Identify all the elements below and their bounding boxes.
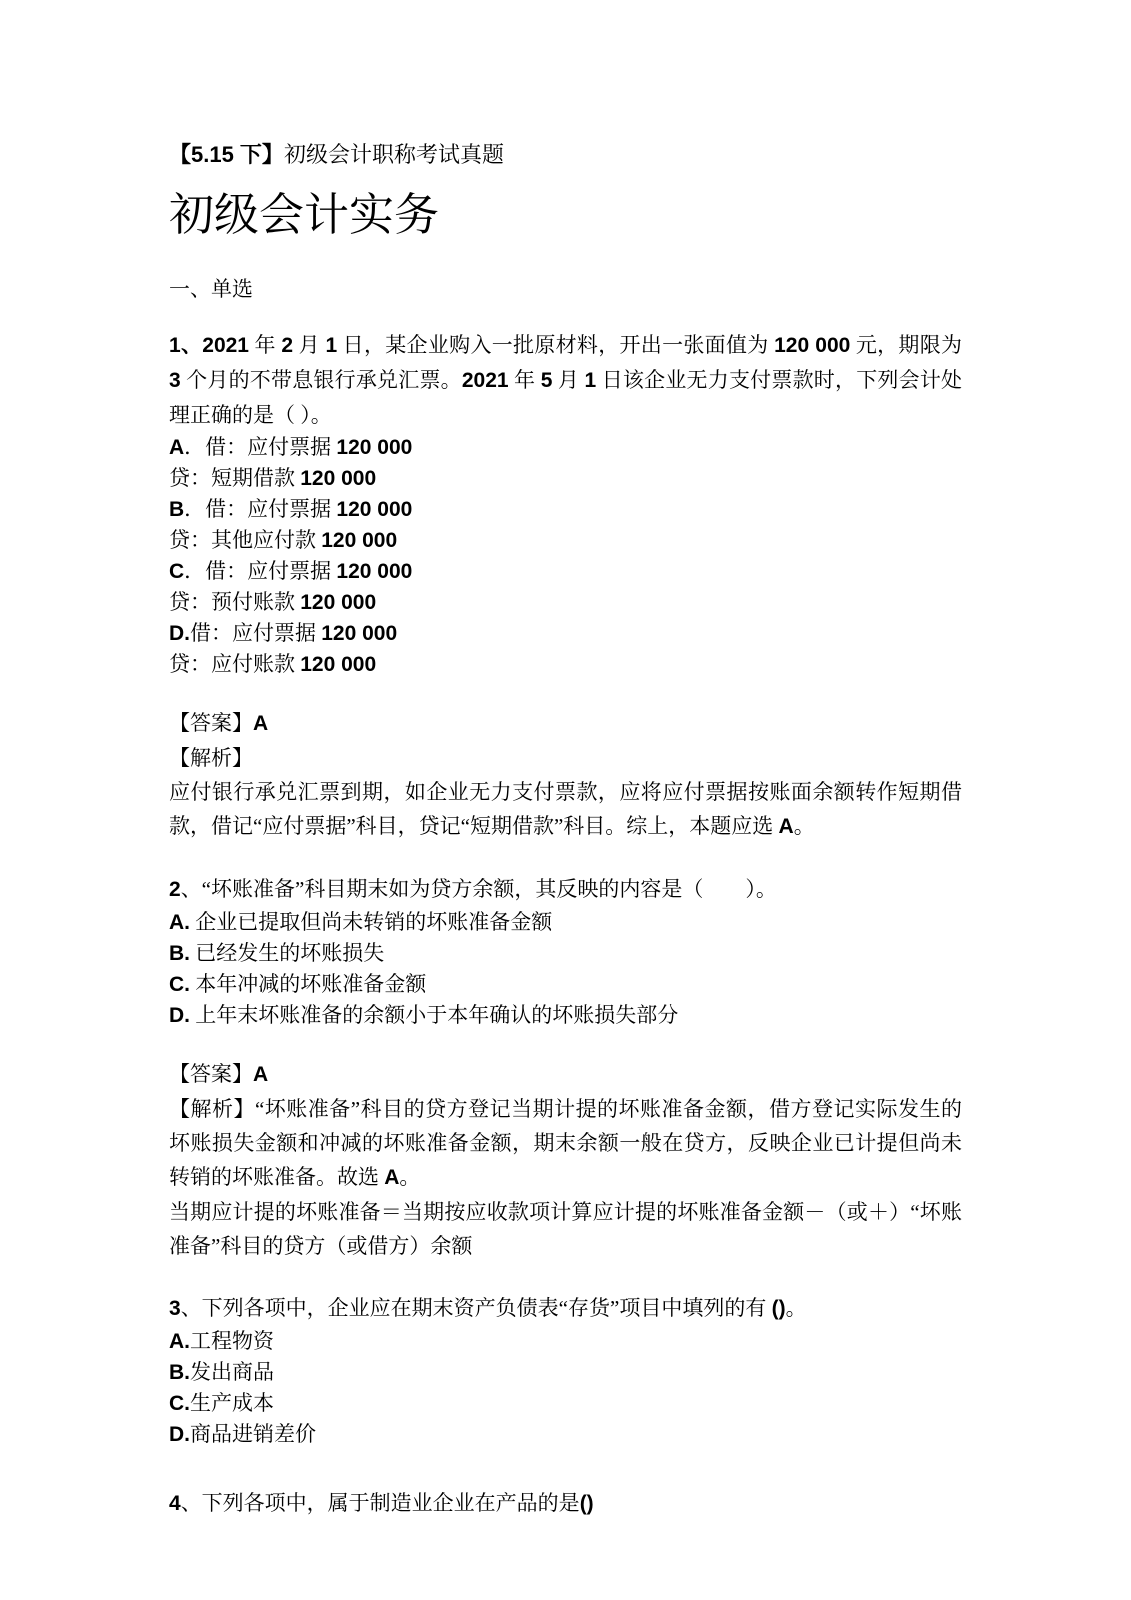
text-segment: 应付银行承兑汇票到期，如企业无力支付票款，应将应付票据按账面余额转作短期借款，借… — [169, 780, 962, 838]
bold-text-segment: 2 — [169, 878, 181, 901]
bold-text-segment: 120 000 — [336, 436, 412, 459]
bold-text-segment: C. — [169, 973, 190, 996]
bold-text-segment: B — [169, 498, 184, 521]
page-title: 初级会计实务 — [169, 186, 962, 244]
bold-text-segment: 3 — [169, 1297, 181, 1320]
question-1-option-d-debit: D.借：应付票据 120 000 — [169, 618, 962, 649]
text-segment: 个月的不带息银行承兑汇票。 — [181, 368, 462, 392]
question-2-formula: 当期应计提的坏账准备＝当期按应收款项计算应计提的坏账准备金额－（或＋）“坏账准备… — [169, 1195, 962, 1263]
bold-text-segment: () — [772, 1297, 786, 1320]
question-1-option-a-credit: 贷：短期借款 120 000 — [169, 463, 962, 494]
question-1-option-c-debit: C．借：应付票据 120 000 — [169, 556, 962, 587]
bold-text-segment: 120 000 — [336, 498, 412, 521]
text-segment: 【解析】“坏账准备”科目的贷方登记当期计提的坏账准备金额，借方登记实际发生的坏账… — [169, 1097, 962, 1189]
text-segment: ．借：应付票据 — [184, 497, 336, 521]
text-segment: 已经发生的坏账损失 — [190, 941, 384, 965]
text-segment: 上年末坏账准备的余额小于本年确认的坏账损失部分 — [190, 1003, 678, 1027]
text-segment: 、“坏账准备”科目期末如为贷方余额，其反映的内容是（ ）。 — [181, 877, 777, 901]
text-segment: 【答案】 — [169, 1062, 253, 1086]
bold-text-segment: D. — [169, 1423, 190, 1446]
bold-text-segment: A. — [169, 911, 190, 934]
text-segment: 当期应计提的坏账准备＝当期按应收款项计算应计提的坏账准备金额－（或＋）“坏账准备… — [169, 1200, 962, 1258]
bold-text-segment: A — [384, 1166, 399, 1189]
text-segment: 发出商品 — [190, 1360, 274, 1384]
text-segment: 日，某企业购入一批原材料，开出一张面值为 — [337, 333, 774, 357]
bold-text-segment: () — [580, 1492, 594, 1515]
text-segment: 商品进销差价 — [190, 1422, 316, 1446]
text-segment: 月 — [552, 368, 584, 392]
bold-text-segment: C — [169, 560, 184, 583]
question-2-stem: 2、“坏账准备”科目期末如为贷方余额，其反映的内容是（ ）。 — [169, 872, 962, 907]
question-3-option-c: C.生产成本 — [169, 1388, 962, 1419]
text-segment: 贷：其他应付款 — [169, 528, 321, 552]
question-2-option-b: B. 已经发生的坏账损失 — [169, 938, 962, 969]
document-kicker: 【5.15 下】初级会计职称考试真题 — [169, 140, 962, 170]
bold-text-segment: D. — [169, 1004, 190, 1027]
text-segment: ．借：应付票据 — [184, 435, 336, 459]
bold-text-segment: 4 — [169, 1492, 181, 1515]
bold-text-segment: 120 000 — [300, 653, 376, 676]
bold-text-segment: B. — [169, 1361, 190, 1384]
text-segment: 生产成本 — [190, 1391, 274, 1415]
text-segment: 初级会计职称考试真题 — [284, 142, 504, 167]
question-1-options: A．借：应付票据 120 000 贷：短期借款 120 000 B．借：应付票据… — [169, 432, 962, 680]
text-segment: 。 — [399, 1165, 420, 1189]
question-1-option-b-credit: 贷：其他应付款 120 000 — [169, 525, 962, 556]
question-1-option-a-debit: A．借：应付票据 120 000 — [169, 432, 962, 463]
question-2-analysis: 【解析】“坏账准备”科目的贷方登记当期计提的坏账准备金额，借方登记实际发生的坏账… — [169, 1092, 962, 1195]
question-3-option-b: B.发出商品 — [169, 1357, 962, 1388]
bold-text-segment: 2021 — [462, 369, 509, 392]
question-1-option-b-debit: B．借：应付票据 120 000 — [169, 494, 962, 525]
question-1-stem: 1、2021 年 2 月 1 日，某企业购入一批原材料，开出一张面值为 120 … — [169, 328, 962, 432]
bold-text-segment: A — [253, 1063, 268, 1086]
question-1-analysis: 应付银行承兑汇票到期，如企业无力支付票款，应将应付票据按账面余额转作短期借款，借… — [169, 775, 962, 844]
bold-text-segment: C. — [169, 1392, 190, 1415]
bold-text-segment: 1 — [325, 334, 337, 357]
text-segment: 借：应付票据 — [190, 621, 321, 645]
question-3-options: A.工程物资 B.发出商品 C.生产成本 D.商品进销差价 — [169, 1326, 962, 1450]
bold-text-segment: 5 — [541, 369, 553, 392]
question-3-option-a: A.工程物资 — [169, 1326, 962, 1357]
question-2-option-d: D. 上年末坏账准备的余额小于本年确认的坏账损失部分 — [169, 1000, 962, 1031]
bold-text-segment: B. — [169, 942, 190, 965]
question-1-option-c-credit: 贷：预付账款 120 000 — [169, 587, 962, 618]
question-1-option-d-credit: 贷：应付账款 120 000 — [169, 649, 962, 680]
text-segment: 贷：短期借款 — [169, 466, 300, 490]
text-segment: 年 — [249, 333, 281, 357]
question-4-stem: 4、下列各项中，属于制造业企业在产品的是() — [169, 1486, 962, 1521]
bold-text-segment: A — [253, 712, 268, 735]
text-segment: ．借：应付票据 — [184, 559, 336, 583]
bold-text-segment: 120 000 — [336, 560, 412, 583]
question-2-options: A. 企业已提取但尚未转销的坏账准备金额 B. 已经发生的坏账损失 C. 本年冲… — [169, 907, 962, 1031]
question-3-stem: 3、下列各项中，企业应在期末资产负债表“存货”项目中填列的有 ()。 — [169, 1291, 962, 1326]
text-segment: 贷：预付账款 — [169, 590, 300, 614]
text-segment: 贷：应付账款 — [169, 652, 300, 676]
bold-text-segment: A. — [169, 1330, 190, 1353]
question-1-answer: 【答案】A — [169, 706, 962, 741]
bold-text-segment: 120 000 — [321, 622, 397, 645]
bold-text-segment: 【5.15 下】 — [169, 142, 284, 167]
bold-text-segment: A — [169, 436, 184, 459]
question-2-answer: 【答案】A — [169, 1057, 962, 1092]
text-segment: 本年冲减的坏账准备金额 — [190, 972, 426, 996]
text-segment: 工程物资 — [190, 1329, 274, 1353]
bold-text-segment: 120 000 — [774, 334, 850, 357]
text-segment: 、下列各项中，企业应在期末资产负债表“存货”项目中填列的有 — [181, 1296, 772, 1320]
document-page: 【5.15 下】初级会计职称考试真题 初级会计实务 一、单选 1、2021 年 … — [0, 0, 1131, 1600]
section-heading: 一、单选 — [169, 274, 962, 304]
question-1-analysis-label: 【解析】 — [169, 741, 962, 775]
text-segment: 企业已提取但尚未转销的坏账准备金额 — [190, 910, 552, 934]
text-segment: 【解析】 — [169, 746, 253, 770]
text-segment: 。 — [794, 814, 815, 838]
text-segment: 、下列各项中，属于制造业企业在产品的是 — [181, 1491, 580, 1515]
text-segment: 。 — [786, 1296, 807, 1320]
bold-text-segment: 120 000 — [321, 529, 397, 552]
bold-text-segment: A — [779, 815, 794, 838]
bold-text-segment: D. — [169, 622, 190, 645]
text-segment: 【答案】 — [169, 711, 253, 735]
text-segment: 年 — [509, 368, 541, 392]
bold-text-segment: 2 — [281, 334, 293, 357]
bold-text-segment: 1、2021 — [169, 334, 249, 357]
question-2-option-a: A. 企业已提取但尚未转销的坏账准备金额 — [169, 907, 962, 938]
bold-text-segment: 120 000 — [300, 591, 376, 614]
question-2-option-c: C. 本年冲减的坏账准备金额 — [169, 969, 962, 1000]
bold-text-segment: 3 — [169, 369, 181, 392]
question-3-option-d: D.商品进销差价 — [169, 1419, 962, 1450]
text-segment: 元，期限为 — [850, 333, 967, 357]
bold-text-segment: 1 — [585, 369, 597, 392]
text-segment: 月 — [293, 333, 325, 357]
bold-text-segment: 120 000 — [300, 467, 376, 490]
